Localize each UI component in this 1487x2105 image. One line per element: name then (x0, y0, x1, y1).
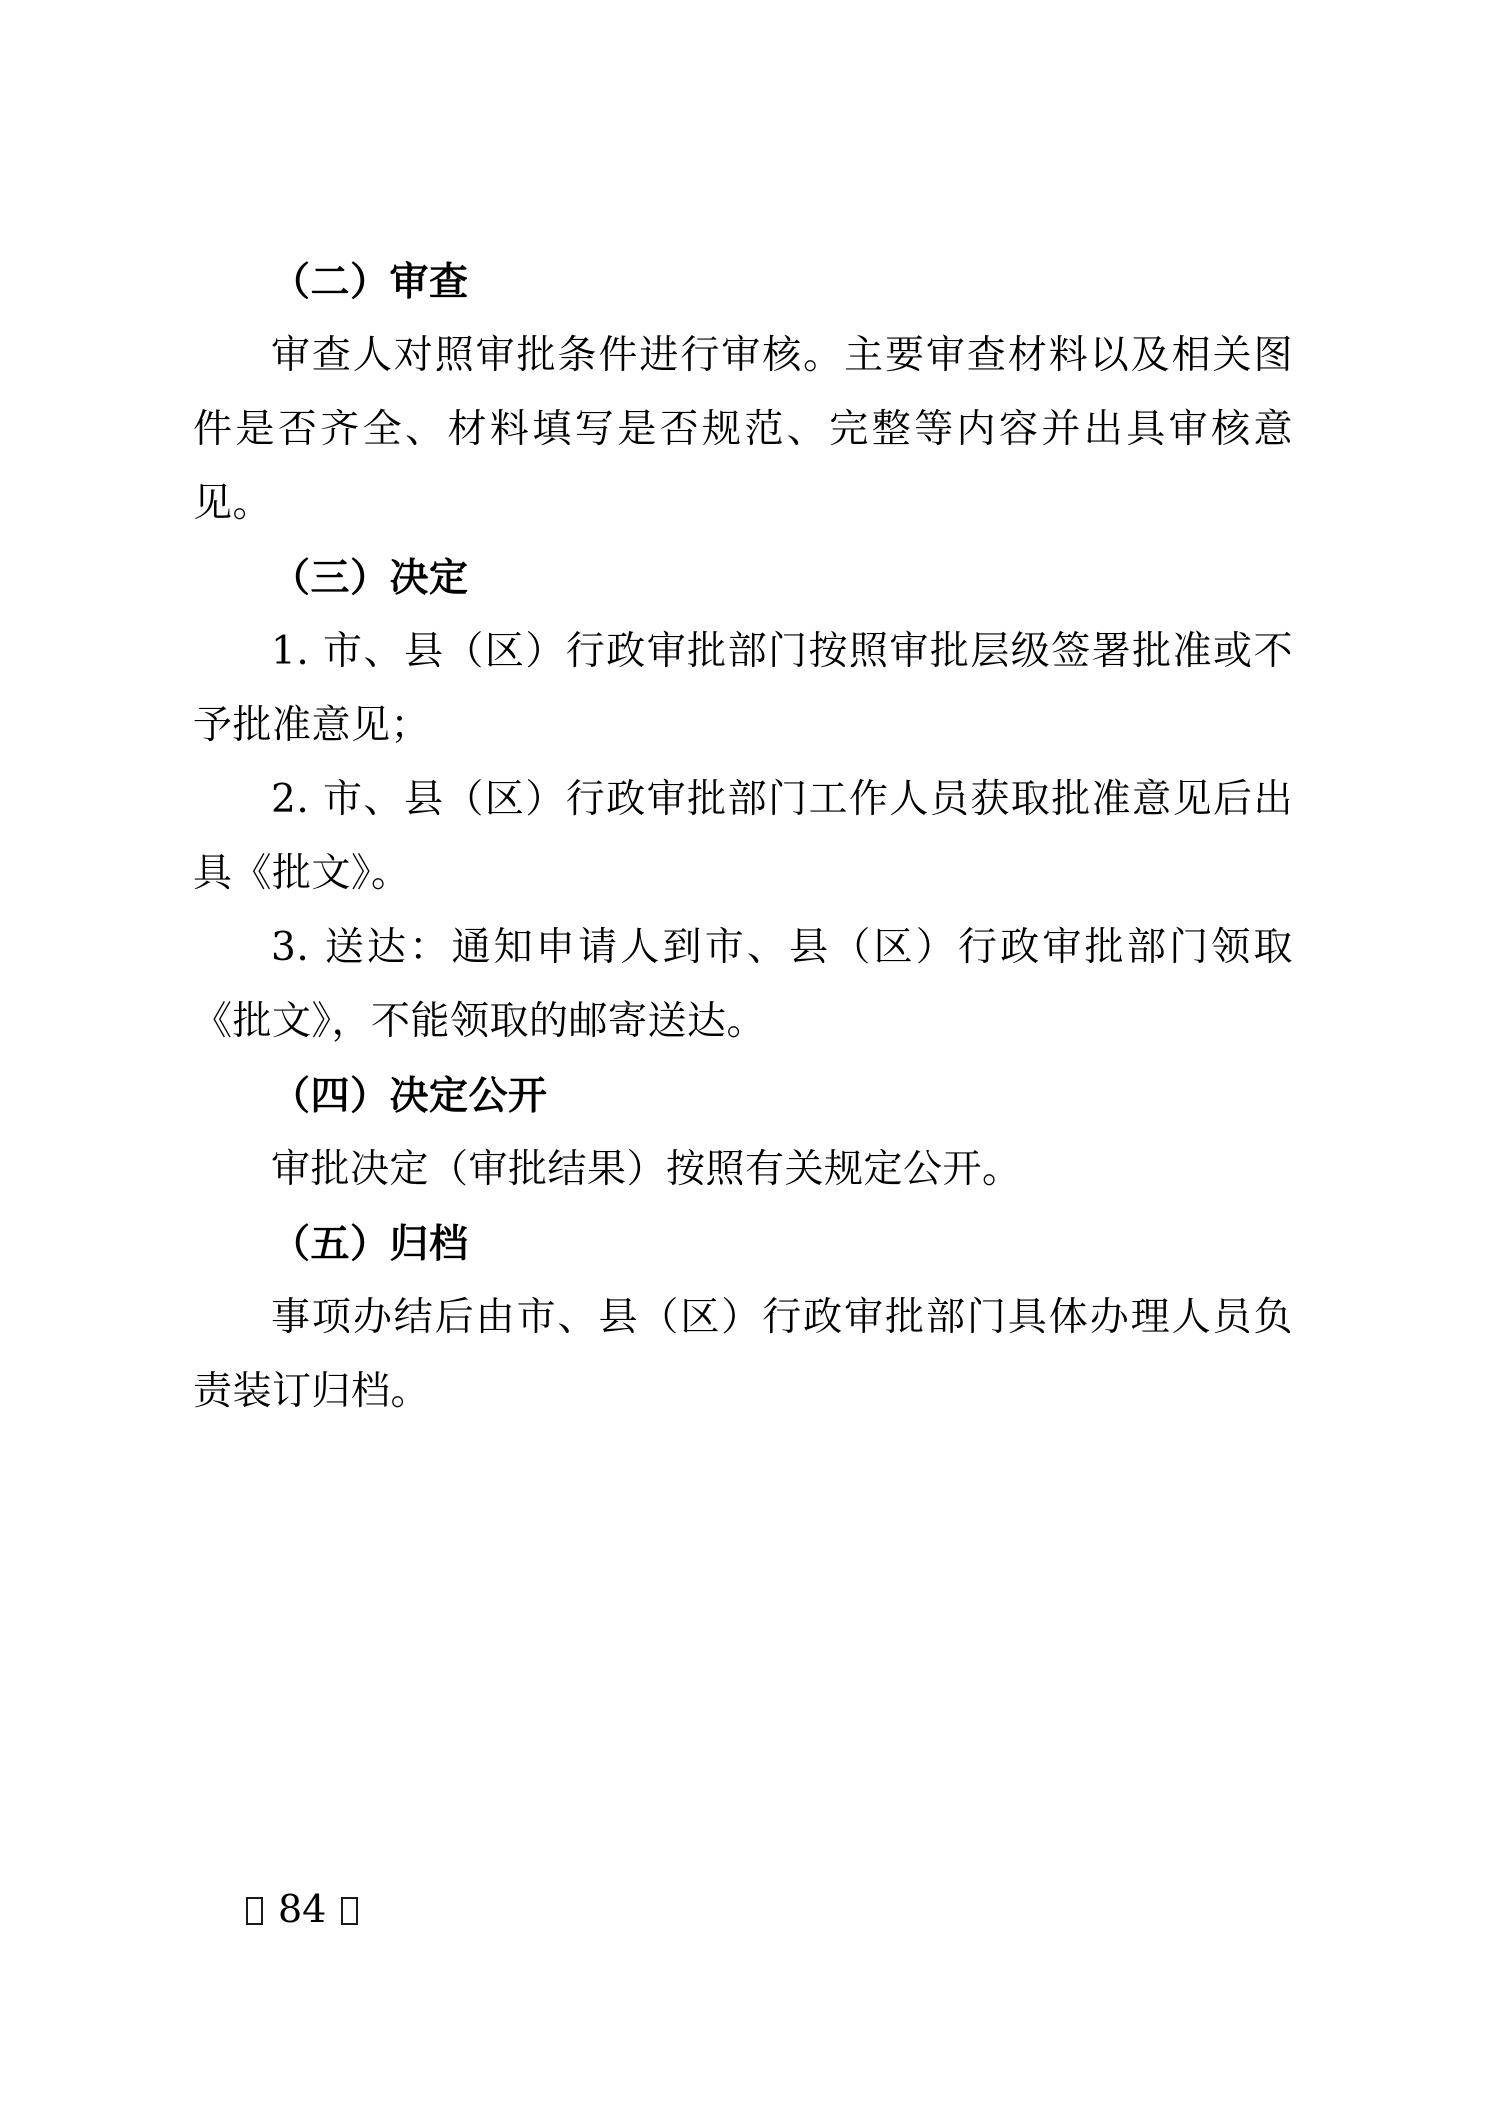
document-page: （二）审查审查人对照审批条件进行审核。主要审查材料以及相关图件是否齐全、材料填写… (0, 0, 1487, 2105)
page-number: 84 (278, 1892, 326, 1926)
document-body: （二）审查审查人对照审批条件进行审核。主要审查材料以及相关图件是否齐全、材料填写… (193, 245, 1293, 1429)
body-paragraph: 1. 市、县（区）行政审批部门按照审批层级签署批准或不予批准意见； (193, 615, 1293, 763)
section-heading: （五）归档 (193, 1207, 1293, 1281)
section-heading: （二）审查 (193, 245, 1293, 319)
section-heading: （四）决定公开 (193, 1059, 1293, 1133)
missing-glyph-icon (246, 1897, 263, 1925)
body-paragraph: 审批决定（审批结果）按照有关规定公开。 (193, 1133, 1293, 1207)
missing-glyph-icon (341, 1897, 358, 1925)
body-paragraph: 事项办结后由市、县（区）行政审批部门具体办理人员负责装订归档。 (193, 1281, 1293, 1429)
section-heading: （三）决定 (193, 541, 1293, 615)
body-paragraph: 审查人对照审批条件进行审核。主要审查材料以及相关图件是否齐全、材料填写是否规范、… (193, 319, 1293, 541)
body-paragraph: 2. 市、县（区）行政审批部门工作人员获取批准意见后出具《批文》。 (193, 763, 1293, 911)
page-footer: 84 (246, 1894, 358, 1928)
body-paragraph: 3. 送达：通知申请人到市、县（区）行政审批部门领取《批文》，不能领取的邮寄送达… (193, 911, 1293, 1059)
